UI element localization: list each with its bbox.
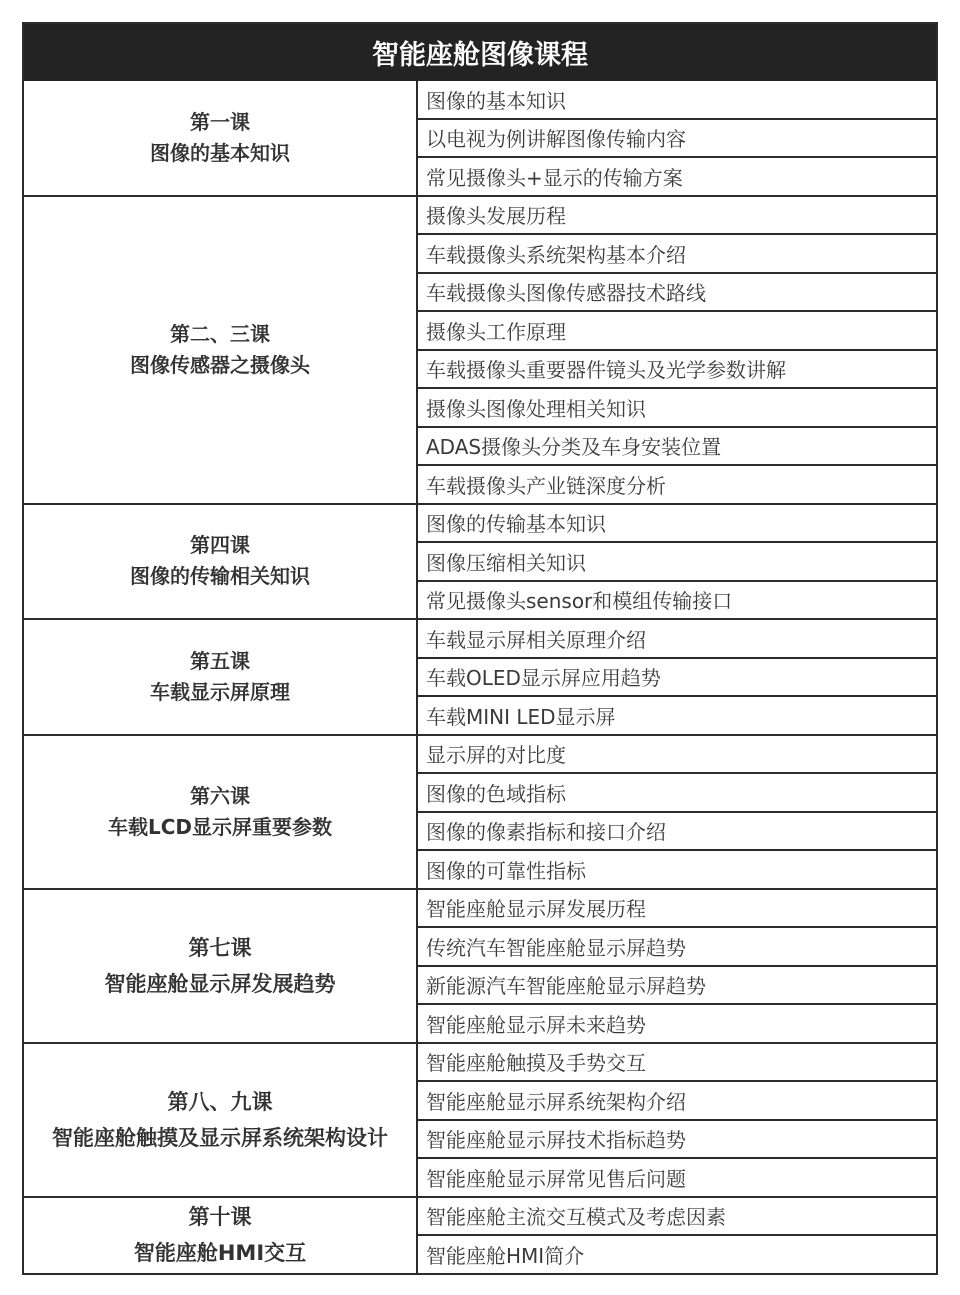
lesson-row: 第二、三课 图像传感器之摄像头 摄像头发展历程 车载摄像头系统架构基本介绍 车载… [24,195,936,503]
lesson-name: 智能座舱触摸及显示屏系统架构设计 [52,1120,388,1156]
lesson-number: 第十课 [189,1199,252,1235]
lesson-name: 图像传感器之摄像头 [130,350,310,381]
topic-item: 摄像头工作原理 [418,310,936,349]
lesson-topics: 图像的传输基本知识 图像压缩相关知识 常见摄像头sensor和模组传输接口 [418,505,936,619]
topic-item: 常见摄像头+显示的传输方案 [418,156,936,195]
topic-item: 摄像头图像处理相关知识 [418,387,936,426]
topic-item: 显示屏的对比度 [418,736,936,773]
lesson-header: 第八、九课 智能座舱触摸及显示屏系统架构设计 [24,1044,418,1196]
lesson-topics: 车载显示屏相关原理介绍 车载OLED显示屏应用趋势 车载MINI LED显示屏 [418,620,936,734]
lesson-row: 第一课 图像的基本知识 图像的基本知识 以电视为例讲解图像传输内容 常见摄像头+… [24,81,936,195]
lesson-header: 第一课 图像的基本知识 [24,81,418,195]
topic-item: 车载MINI LED显示屏 [418,695,936,734]
course-table: 智能座舱图像课程 第一课 图像的基本知识 图像的基本知识 以电视为例讲解图像传输… [22,22,938,1275]
table-title: 智能座舱图像课程 [24,24,936,81]
topic-item: 智能座舱显示屏常见售后问题 [418,1157,936,1196]
topic-item: ADAS摄像头分类及车身安装位置 [418,426,936,465]
lesson-number: 第二、三课 [170,319,270,350]
topic-item: 智能座舱主流交互模式及考虑因素 [418,1198,936,1235]
lesson-row: 第五课 车载显示屏原理 车载显示屏相关原理介绍 车载OLED显示屏应用趋势 车载… [24,618,936,734]
lesson-number: 第五课 [190,646,250,677]
lesson-name: 图像的基本知识 [150,138,290,169]
lesson-number: 第七课 [189,930,252,966]
lesson-topics: 显示屏的对比度 图像的色域指标 图像的像素指标和接口介绍 图像的可靠性指标 [418,736,936,888]
topic-item: 车载摄像头产业链深度分析 [418,464,936,503]
topic-item: 智能座舱显示屏未来趋势 [418,1003,936,1042]
lesson-header: 第二、三课 图像传感器之摄像头 [24,197,418,503]
lesson-row: 第四课 图像的传输相关知识 图像的传输基本知识 图像压缩相关知识 常见摄像头se… [24,503,936,619]
topic-item: 新能源汽车智能座舱显示屏趋势 [418,965,936,1004]
topic-item: 图像的可靠性指标 [418,849,936,888]
lesson-row: 第八、九课 智能座舱触摸及显示屏系统架构设计 智能座舱触摸及手势交互 智能座舱显… [24,1042,936,1196]
lesson-topics: 智能座舱触摸及手势交互 智能座舱显示屏系统架构介绍 智能座舱显示屏技术指标趋势 … [418,1044,936,1196]
topic-item: 车载摄像头重要器件镜头及光学参数讲解 [418,349,936,388]
topic-item: 车载OLED显示屏应用趋势 [418,657,936,696]
topic-item: 图像的基本知识 [418,81,936,118]
lesson-header: 第十课 智能座舱HMI交互 [24,1198,418,1273]
topic-item: 智能座舱触摸及手势交互 [418,1044,936,1081]
lesson-header: 第五课 车载显示屏原理 [24,620,418,734]
topic-item: 智能座舱显示屏技术指标趋势 [418,1119,936,1158]
lesson-name: 智能座舱HMI交互 [134,1235,306,1271]
lesson-name: 车载LCD显示屏重要参数 [108,812,332,843]
lesson-header: 第七课 智能座舱显示屏发展趋势 [24,890,418,1042]
topic-item: 车载摄像头系统架构基本介绍 [418,233,936,272]
topic-item: 智能座舱显示屏发展历程 [418,890,936,927]
table-body: 第一课 图像的基本知识 图像的基本知识 以电视为例讲解图像传输内容 常见摄像头+… [24,81,936,1273]
topic-item: 车载显示屏相关原理介绍 [418,620,936,657]
lesson-number: 第四课 [190,530,250,561]
topic-item: 图像的色域指标 [418,772,936,811]
lesson-topics: 智能座舱主流交互模式及考虑因素 智能座舱HMI简介 [418,1198,936,1273]
topic-item: 图像的传输基本知识 [418,505,936,542]
topic-item: 图像的像素指标和接口介绍 [418,811,936,850]
lesson-header: 第四课 图像的传输相关知识 [24,505,418,619]
topic-item: 图像压缩相关知识 [418,541,936,580]
lesson-topics: 摄像头发展历程 车载摄像头系统架构基本介绍 车载摄像头图像传感器技术路线 摄像头… [418,197,936,503]
topic-item: 传统汽车智能座舱显示屏趋势 [418,926,936,965]
lesson-topics: 图像的基本知识 以电视为例讲解图像传输内容 常见摄像头+显示的传输方案 [418,81,936,195]
lesson-header: 第六课 车载LCD显示屏重要参数 [24,736,418,888]
topic-item: 常见摄像头sensor和模组传输接口 [418,580,936,619]
lesson-row: 第六课 车载LCD显示屏重要参数 显示屏的对比度 图像的色域指标 图像的像素指标… [24,734,936,888]
lesson-name: 图像的传输相关知识 [130,561,310,592]
topic-item: 智能座舱HMI简介 [418,1234,936,1273]
lesson-number: 第六课 [190,781,250,812]
topic-item: 智能座舱显示屏系统架构介绍 [418,1080,936,1119]
topic-item: 以电视为例讲解图像传输内容 [418,118,936,157]
topic-item: 车载摄像头图像传感器技术路线 [418,272,936,311]
lesson-row: 第七课 智能座舱显示屏发展趋势 智能座舱显示屏发展历程 传统汽车智能座舱显示屏趋… [24,888,936,1042]
lesson-topics: 智能座舱显示屏发展历程 传统汽车智能座舱显示屏趋势 新能源汽车智能座舱显示屏趋势… [418,890,936,1042]
lesson-row: 第十课 智能座舱HMI交互 智能座舱主流交互模式及考虑因素 智能座舱HMI简介 [24,1196,936,1273]
lesson-number: 第八、九课 [168,1084,273,1120]
lesson-name: 车载显示屏原理 [150,677,290,708]
lesson-number: 第一课 [190,107,250,138]
lesson-name: 智能座舱显示屏发展趋势 [105,966,336,1002]
topic-item: 摄像头发展历程 [418,197,936,234]
